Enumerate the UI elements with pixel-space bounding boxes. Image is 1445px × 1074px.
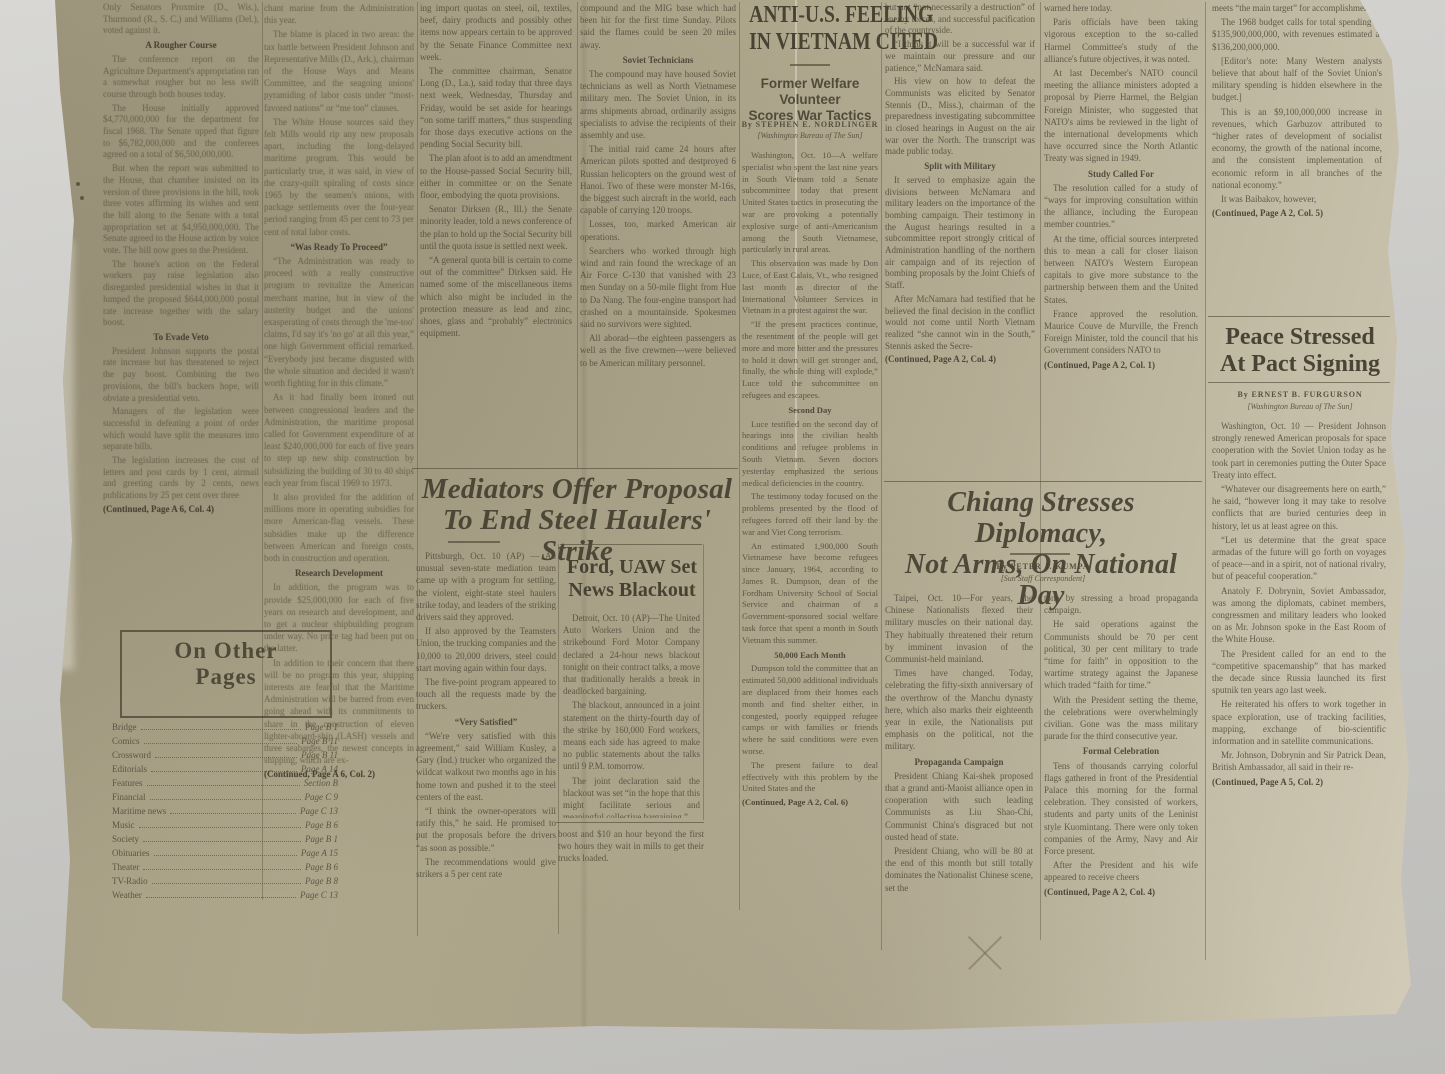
ink-spot: [80, 196, 84, 200]
story-paragraph: “Let us determine that the great space a…: [1212, 534, 1386, 583]
mediators-headline-line1: Mediators Offer Proposal: [412, 474, 742, 505]
story-paragraph: Detroit, Oct. 10 (AP)—The United Auto Wo…: [563, 612, 700, 697]
headline-end-rule: [1010, 553, 1070, 555]
story-paragraph: Tens of thousands carrying colorful flag…: [1044, 760, 1198, 858]
index-label: Weather: [112, 890, 142, 900]
headline-end-rule: [790, 64, 830, 66]
story-paragraph: If also approved by the Teamsters Union,…: [416, 625, 556, 674]
story-paragraph: The present failure to deal effectively …: [742, 760, 878, 795]
story-paragraph: Anatoly F. Dobrynin, Soviet Ambassador, …: [1212, 585, 1386, 646]
peace-byline: By ERNEST B. FURGURSON: [1210, 390, 1390, 399]
story-paragraph: The conference report on the Agriculture…: [103, 54, 259, 101]
vietnam-headline-line1: ANTI-U.S. FEELING: [749, 2, 869, 29]
story-paragraph: [Editor's note: Many Western analysts be…: [1212, 55, 1382, 104]
story-paragraph: “A general quota bill is certain to come…: [420, 254, 572, 339]
index-label: Obituaries: [112, 848, 150, 858]
story-paragraph: The house's action on the Federal worker…: [103, 259, 259, 329]
column-ford-body: Detroit, Oct. 10 (AP)—The United Auto Wo…: [563, 612, 700, 818]
continued-notice: (Continued, Page A 5, Col. 2): [1212, 776, 1386, 788]
story-paragraph: All aborad—the eighteen passengers as we…: [580, 332, 736, 369]
story-paragraph: It was Baibakov, however,: [1212, 193, 1382, 205]
index-label: Society: [112, 834, 139, 844]
ford-box-top-rule: [560, 544, 702, 545]
column-chiang-right: tone by stressing a broad propaganda cam…: [1044, 592, 1198, 984]
story-paragraph: but not “not necessarily a destruction” …: [885, 2, 1035, 37]
index-label: Crossword: [112, 750, 151, 760]
story-paragraph: “The Administration was ready to proceed…: [264, 255, 414, 389]
index-label: Music: [112, 820, 135, 830]
story-paragraph: Senator Dirksen (R., Ill.) the Senate mi…: [420, 203, 572, 252]
chiang-headline-line1: Chiang Stresses Diplomacy,: [880, 487, 1202, 549]
story-paragraph: Paris officials have been taking vigorou…: [1044, 16, 1198, 65]
story-paragraph: The blame is placed in two areas: the ta…: [264, 28, 414, 113]
story-subhead: Second Day: [742, 405, 878, 417]
story-subhead: Research Development: [264, 567, 414, 579]
story-paragraph: He said operations against the Communist…: [1044, 618, 1198, 691]
index-label: Theater: [112, 862, 139, 872]
ford-headline-line2: News Blackout: [562, 579, 702, 602]
story-paragraph: Times have changed. Today, celebrating t…: [885, 667, 1033, 752]
story-paragraph: boost and $10 an hour beyond the first t…: [558, 828, 704, 865]
story-paragraph: Only Senators Proxmire (D., Wis.), Thurm…: [103, 2, 259, 37]
story-paragraph: In addition to their concern that there …: [264, 657, 414, 767]
story-paragraph: chant marine from the Administration thi…: [264, 2, 414, 26]
column-rule: [1205, 2, 1206, 960]
ford-headline: Ford, UAW Set News Blackout: [562, 556, 702, 602]
peace-headline-line2: At Pact Signing: [1210, 351, 1390, 378]
story-paragraph: As it had finally been ironed out betwee…: [264, 391, 414, 489]
story-paragraph: Searchers who worked through high wind a…: [580, 245, 736, 330]
story-paragraph: The plan afoot is to add an amendtment t…: [420, 152, 572, 201]
story-subhead: 50,000 Each Month: [742, 650, 878, 662]
column-nato: warned here today.Paris officials have b…: [1044, 2, 1198, 478]
story-paragraph: “Whatever our disagreements here on eart…: [1212, 483, 1386, 532]
newspaper-photo: { "index_box": { "title_line1": "On Othe…: [0, 0, 1445, 1074]
continued-notice: (Continued, Page A 2, Col. 1): [1044, 359, 1198, 371]
story-subhead: Study Called For: [1044, 168, 1198, 180]
vietnam-deck-line1: Former Welfare Volunteer: [740, 76, 880, 108]
torn-edge-highlight: [44, 240, 74, 670]
story-paragraph: “If the present practices continue, the …: [742, 319, 878, 402]
index-label: TV-Radio: [112, 876, 148, 886]
story-paragraph: The committee chairman, Senator Long (D.…: [420, 65, 572, 150]
index-label: Bridge: [112, 722, 137, 732]
story-paragraph: At the time, official sources interprete…: [1044, 233, 1198, 306]
vietnam-headline-line2: IN VIETNAM CITED: [749, 29, 869, 56]
story-paragraph: The recommendations would give strikers …: [416, 856, 556, 880]
story-paragraph: The five-point program appeared to touch…: [416, 676, 556, 713]
story-paragraph: The testimony today focused on the probl…: [742, 491, 878, 538]
story-paragraph: President Chiang Kai-shek proposed that …: [885, 770, 1033, 843]
story-paragraph: ing import quotas on steel, oil, textile…: [420, 2, 572, 63]
story-paragraph: The initial raid came 24 hours after Ame…: [580, 143, 736, 216]
vietnam-headline: ANTI-U.S. FEELING IN VIETNAM CITED: [749, 2, 869, 56]
story-paragraph: This is an $9,100,000,000 increase in re…: [1212, 106, 1382, 191]
story-paragraph: It also provided for the addition of mil…: [264, 491, 414, 564]
story-paragraph: In addition, the program was to provide …: [264, 581, 414, 654]
column-vietnam-body: Washington, Oct. 10—A welfare specialist…: [742, 150, 878, 892]
column-maritime-program: chant marine from the Administration thi…: [264, 2, 414, 908]
column-rule: [1040, 2, 1041, 940]
story-paragraph: The legislation increases the cost of le…: [103, 455, 259, 502]
chiang-byline: By PETER J. KUMPA: [884, 562, 1202, 571]
story-paragraph: It served to emphasize again the divisio…: [885, 175, 1035, 292]
peace-credit: [Washington Bureau of The Sun]: [1210, 402, 1390, 411]
story-paragraph: The 1968 budget calls for total spending…: [1212, 16, 1382, 53]
story-paragraph: France approved the resolution. Maurice …: [1044, 308, 1198, 357]
continued-notice: (Continued, Page A 2, Col. 5): [1212, 207, 1382, 219]
story-paragraph: He reiterated his offers to work togethe…: [1212, 698, 1386, 747]
continued-notice: (Continued, Page A 6, Col. 2): [264, 768, 414, 780]
story-subhead: “Was Ready To Proceed”: [264, 241, 414, 253]
ink-spot: [76, 182, 80, 186]
story-paragraph: After McNamara had testified that he bel…: [885, 294, 1035, 353]
story-paragraph: With the President setting the theme, th…: [1044, 694, 1198, 743]
story-paragraph: compound and the MIG base which had been…: [580, 2, 736, 51]
story-subhead: Soviet Technicians: [580, 54, 736, 66]
story-divider-rule: [884, 481, 1202, 482]
story-paragraph: Mr. Johnson, Dobrynin and Sir Patrick De…: [1212, 749, 1386, 773]
story-paragraph: After the President and his wife appeare…: [1044, 859, 1198, 883]
story-paragraph: The President called for an end to the “…: [1212, 648, 1386, 697]
story-subhead: To Evade Veto: [103, 332, 259, 344]
story-paragraph: President Chiang, who will be 80 at the …: [885, 845, 1033, 894]
story-paragraph: This observation was made by Don Luce, o…: [742, 258, 878, 317]
column-mcnamara: but not “not necessarily a destruction” …: [885, 2, 1035, 480]
newspaper-page: Only Senators Proxmire (D., Wis.), Thurm…: [0, 0, 1445, 1074]
story-paragraph: At last December's NATO council meeting …: [1044, 67, 1198, 165]
peace-headline-line1: Peace Stressed: [1210, 324, 1390, 351]
story-paragraph: Washington, Oct. 10—A welfare specialist…: [742, 150, 878, 256]
story-paragraph: tone by stressing a broad propaganda cam…: [1044, 592, 1198, 616]
column-peace-body: Washington, Oct. 10 — President Johnson …: [1212, 420, 1386, 1014]
vietnam-byline: By STEPHEN E. NORDLINGER: [740, 120, 880, 129]
column-mediators-body: Pittsburgh, Oct. 10 (AP) — An unusual se…: [416, 550, 556, 938]
story-paragraph: His view on how to defeat the Communists…: [885, 76, 1035, 158]
ford-box-left-rule: [558, 544, 559, 934]
ford-headline-line1: Ford, UAW Set: [562, 556, 702, 579]
story-paragraph: The White House sources said they felt M…: [264, 116, 414, 238]
column-import-quota: ing import quotas on steel, oil, textile…: [420, 2, 572, 468]
continued-notice: (Continued, Page A 2, Col. 6): [742, 797, 878, 809]
story-paragraph: An estimated 1,900,000 South Vietnamese …: [742, 541, 878, 647]
story-paragraph: The joint declaration said the blackout …: [563, 775, 700, 818]
vietnam-credit: [Washington Bureau of The Sun]: [740, 131, 880, 140]
story-paragraph: But when the report was submitted to the…: [103, 163, 259, 257]
column-chiang-left: Taipei, Oct. 10—For years, the Chinese N…: [885, 592, 1033, 964]
story-subhead: Propaganda Campaign: [885, 756, 1033, 768]
story-paragraph: “I think the owner-operators will ratify…: [416, 805, 556, 854]
column-senate-agriculture: Only Senators Proxmire (D., Wis.), Thurm…: [103, 2, 259, 622]
story-paragraph: President Johnson supports the postal ra…: [103, 346, 259, 405]
index-label: Maritime news: [112, 806, 166, 816]
story-subhead: “Very Satisfied”: [416, 716, 556, 728]
index-label: Comics: [112, 736, 140, 746]
peace-headline: Peace Stressed At Pact Signing: [1210, 324, 1390, 378]
story-paragraph: Managers of the legislation were success…: [103, 406, 259, 453]
story-divider-rule: [412, 468, 738, 469]
vietnam-deck: Former Welfare Volunteer Scores War Tact…: [740, 76, 880, 124]
story-paragraph: The blackout, announced in a joint state…: [563, 699, 700, 772]
column-soviet-budget: meets “the main target” for accomplishme…: [1212, 2, 1382, 310]
column-rule: [577, 2, 578, 468]
story-paragraph: Luce testified on the second day of hear…: [742, 419, 878, 490]
story-subhead: Formal Celebration: [1044, 745, 1198, 757]
story-paragraph: The House initially approved $4,770,000,…: [103, 103, 259, 162]
story-paragraph: meets “the main target” for accomplishme…: [1212, 2, 1382, 14]
index-label: Editorials: [112, 764, 147, 774]
story-subhead: Split with Military: [885, 161, 1035, 173]
continued-notice: (Continued, Page A 6, Col. 4): [103, 504, 259, 516]
column-rule: [881, 2, 882, 950]
story-paragraph: Washington, Oct. 10 — President Johnson …: [1212, 420, 1386, 481]
story-paragraph: The compound may have housed Soviet tech…: [580, 68, 736, 141]
story-paragraph: Taipei, Oct. 10—For years, the Chinese N…: [885, 592, 1033, 665]
ford-box-right-rule: [703, 544, 704, 820]
chiang-credit: [Sun Staff Correspondent]: [884, 574, 1202, 583]
story-paragraph: “We're very satisfied with this agreemen…: [416, 730, 556, 803]
headline-end-rule: [448, 541, 500, 543]
story-subhead: A Rougher Course: [103, 40, 259, 52]
continued-notice: (Continued, Page A 2, Col. 4): [1044, 886, 1198, 898]
index-label: Features: [112, 778, 143, 788]
column-mig-raid: compound and the MIG base which had been…: [580, 2, 736, 468]
headline-under-rule: [1208, 382, 1390, 383]
story-paragraph: “I think it will be a successful war if …: [885, 39, 1035, 74]
story-paragraph: Losses, too, marked American air operati…: [580, 218, 736, 242]
story-divider-rule: [1208, 316, 1390, 317]
story-paragraph: Dumpson told the committee that an estim…: [742, 663, 878, 757]
index-label: Financial: [112, 792, 146, 802]
ford-box-bottom-rule: [556, 822, 704, 823]
column-ford-continuation: boost and $10 an hour beyond the first t…: [558, 828, 704, 874]
story-paragraph: The resolution called for a study of “wa…: [1044, 182, 1198, 231]
story-paragraph: warned here today.: [1044, 2, 1198, 14]
story-paragraph: Pittsburgh, Oct. 10 (AP) — An unusual se…: [416, 550, 556, 623]
continued-notice: (Continued, Page A 2, Col. 4): [885, 354, 1035, 366]
